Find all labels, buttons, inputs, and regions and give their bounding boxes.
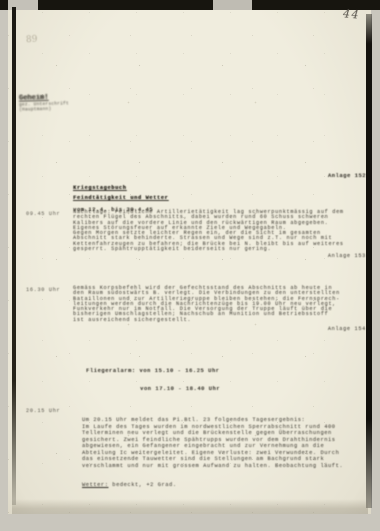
section-heading: Feindtätigkeit und Wetter [73, 196, 168, 201]
weather-label: Wetter: [82, 482, 109, 488]
scan-top-edge [0, 0, 380, 10]
text-line: abgewiesen, ein Gefangener eingebracht u… [82, 443, 356, 450]
entry-body-evening: Um 20.15 Uhr meldet das Pi.Btl. 23 folge… [82, 404, 356, 502]
text-line: Tellerminen neu verlegt und die Brückens… [82, 430, 356, 437]
text-line: ist ausreichend sichergestellt. [73, 318, 355, 323]
air-raid-alarm-note: Fliegeralarm: von 15.10 - 16.25 Uhr von … [86, 356, 220, 404]
scan-right-edge [366, 14, 372, 508]
document-title: Kriegstagebuch [73, 185, 153, 192]
annex-reference-153: Anlage 153 [328, 254, 366, 259]
alarm-line-1: Fliegeralarm: von 15.10 - 16.25 Uhr [86, 368, 220, 374]
entry-time-afternoon: 16.30 Uhr [26, 288, 72, 293]
pencil-mark: 89 [26, 35, 38, 46]
text-line: gesperrt. Spähtrupptätigkeit beiderseits… [73, 247, 355, 252]
alarm-line-2: von 17.10 - 18.40 Uhr [86, 386, 220, 392]
entry-body-morning: Nachtlage: Feindliche Artillerietätigkei… [73, 210, 355, 252]
annex-reference-154: Anlage 154 [328, 327, 366, 332]
text-line: verschlammt und nur mit grossem Aufwand … [82, 463, 356, 470]
evening-lines: Um 20.15 Uhr meldet das Pi.Btl. 23 folge… [82, 417, 356, 469]
handwritten-page-number: 44 [342, 7, 360, 21]
weather-value: bedeckt, +2 Grad. [109, 482, 177, 488]
scanned-document-page: 44 89 Geheim! gez. Unterschrift (Hauptma… [0, 0, 380, 531]
entry-body-afternoon: Gemäss Korpsbefehl wird der Gefechtsstan… [73, 286, 355, 323]
entry-time-evening: 20.15 Uhr [26, 409, 72, 414]
text-line: das einsetzende Tauwetter sind die Stell… [82, 456, 356, 463]
entry-time-morning: 09.45 Uhr [26, 212, 72, 217]
evening-last-line: Wetter: bedeckt, +2 Grad. [82, 482, 356, 489]
annex-reference-152: Anlage 152 [328, 174, 366, 179]
secrecy-stamp: Geheim! gez. Unterschrift (Hauptmann) [19, 94, 69, 112]
scan-left-edge [12, 7, 16, 505]
